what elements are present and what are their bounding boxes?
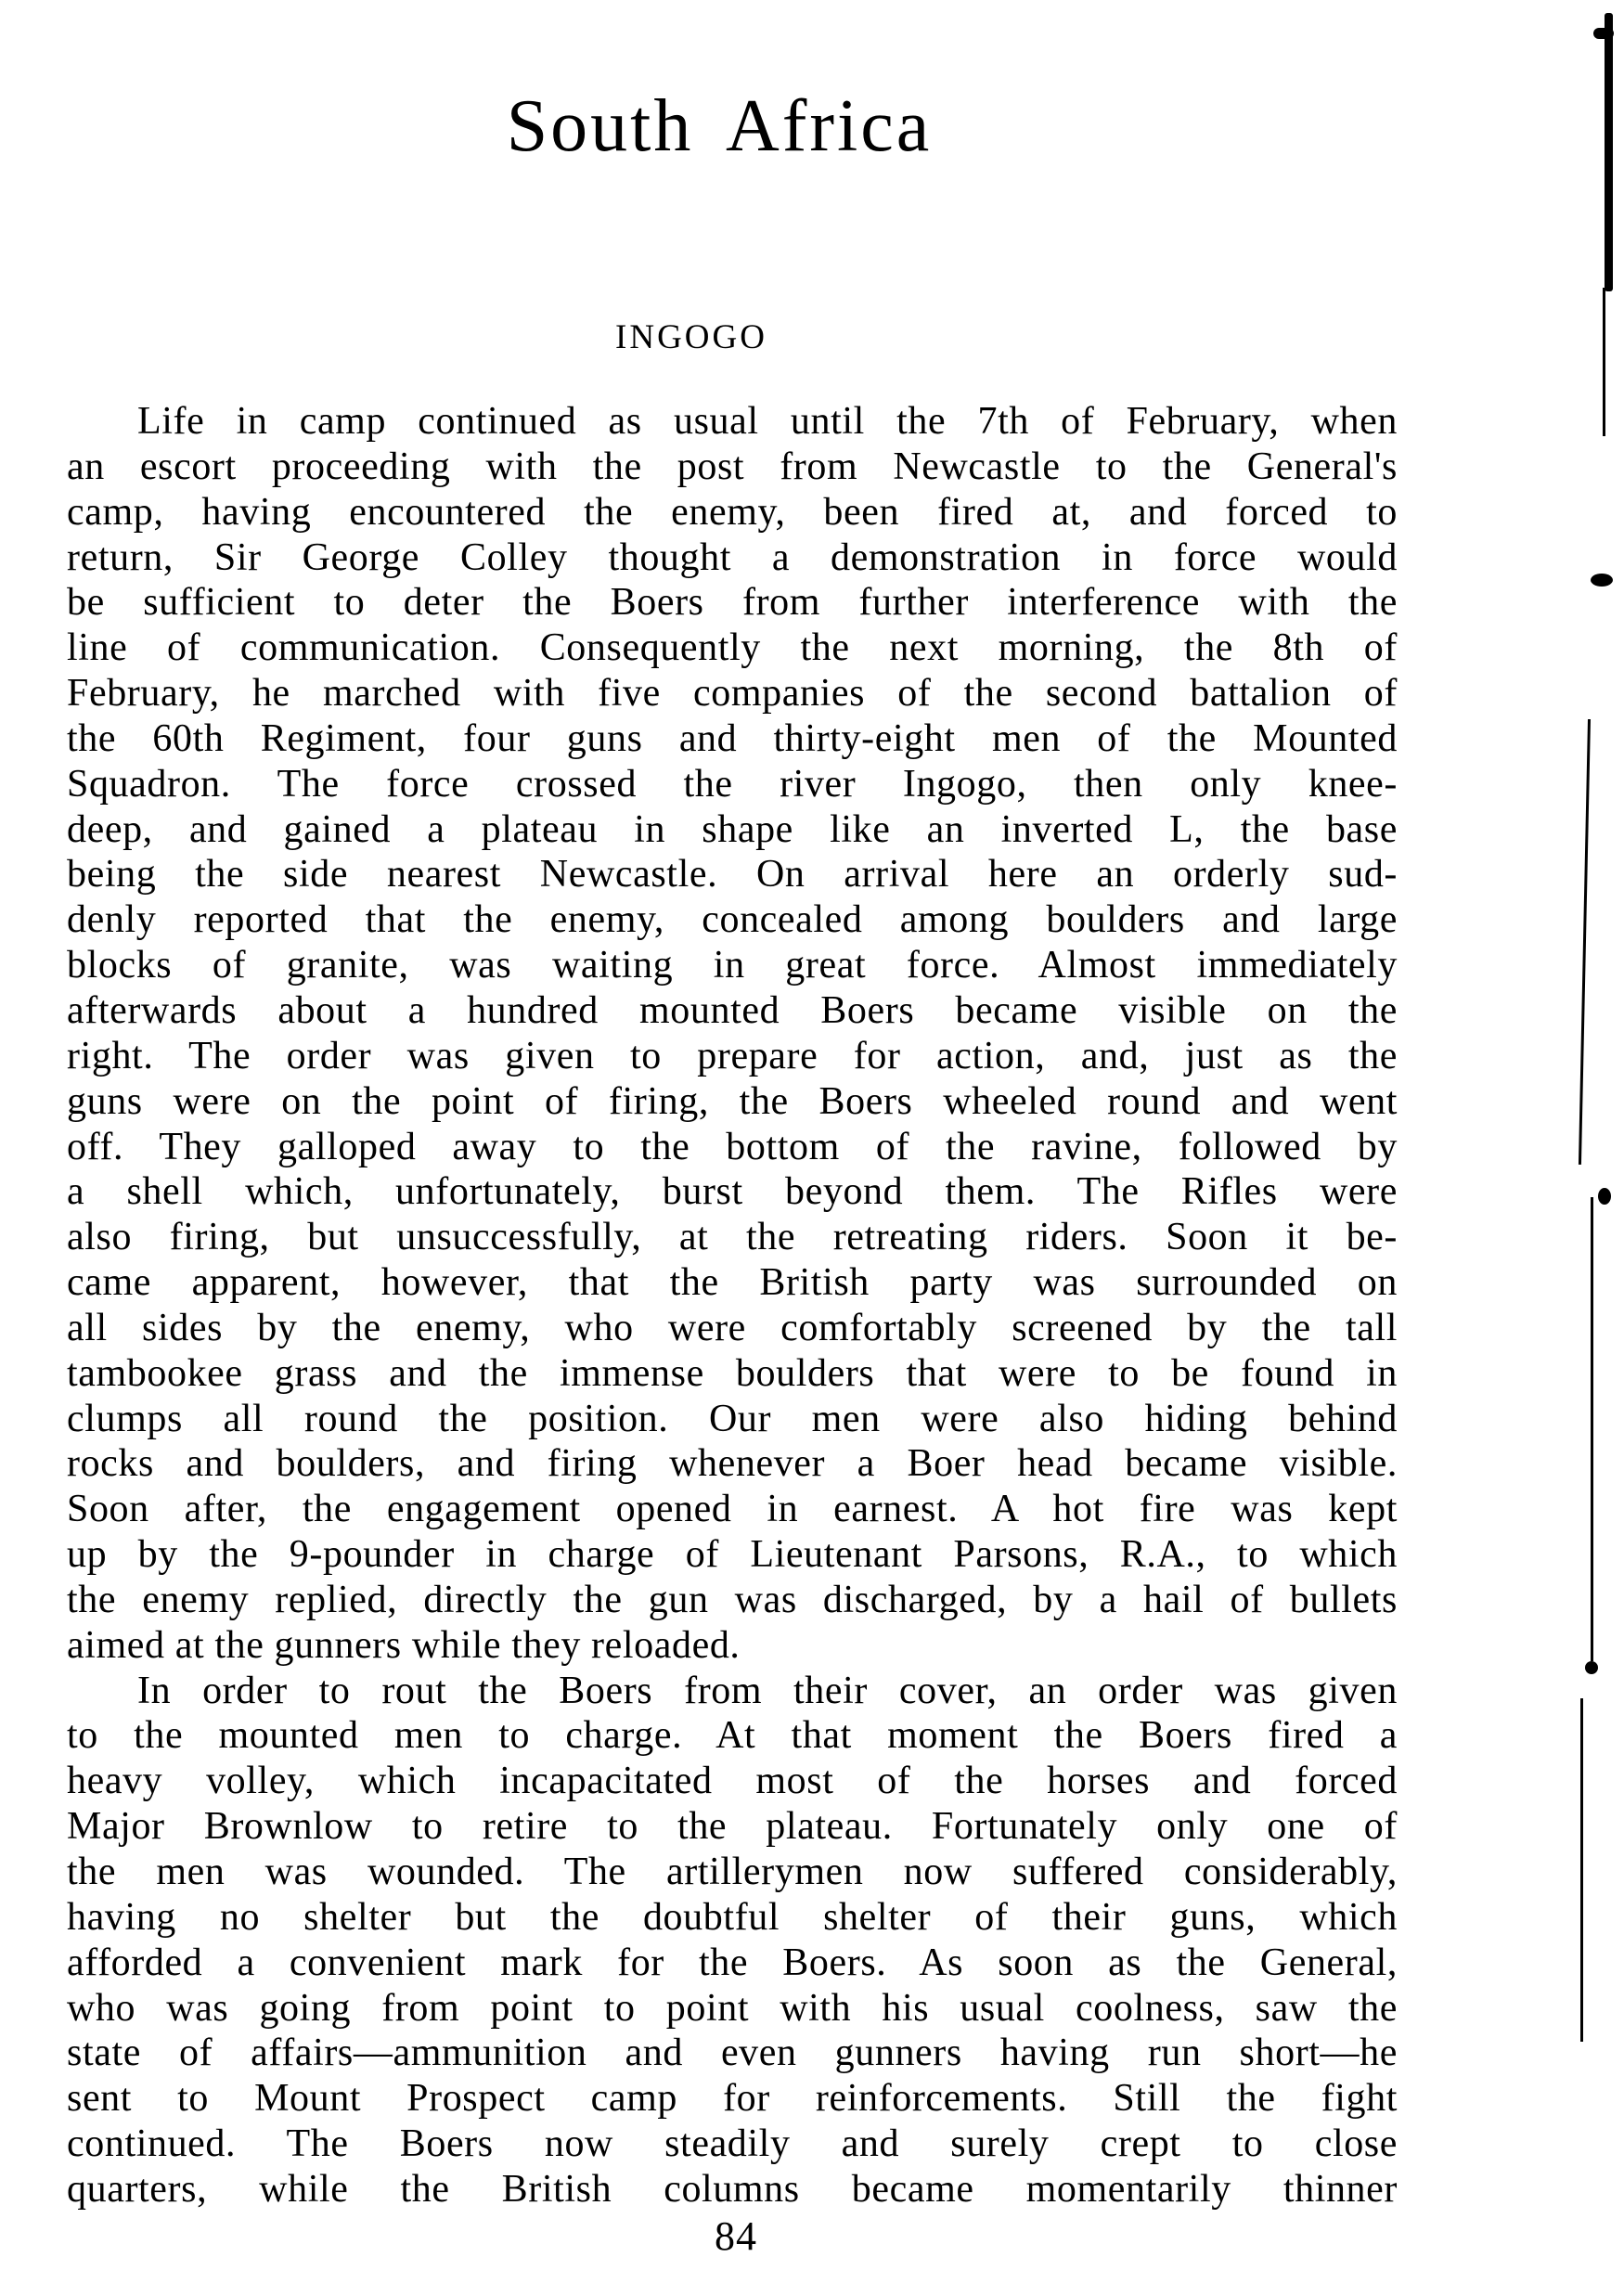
body-text: Life in camp continued as usual until th… — [67, 399, 1398, 2212]
text-line: return, Sir George Colley thought a demo… — [67, 535, 1398, 581]
text-line: tambookee grass and the immense boulders… — [67, 1351, 1398, 1397]
text-line: being the side nearest Newcastle. On arr… — [67, 852, 1398, 897]
text-line: aimed at the gunners while they reloaded… — [67, 1623, 1398, 1669]
text-line: the men was wounded. The artillerymen no… — [67, 1850, 1398, 1895]
text-line: a shell which, unfortunately, burst beyo… — [67, 1169, 1398, 1215]
text-line: came apparent, however, that the British… — [67, 1260, 1398, 1306]
text-line: state of affairs—ammunition and even gun… — [67, 2031, 1398, 2076]
text-line: Squadron. The force crossed the river In… — [67, 762, 1398, 807]
text-line: quarters, while the British columns beca… — [67, 2167, 1398, 2212]
scan-blot — [1585, 1661, 1598, 1674]
text-line: denly reported that the enemy, concealed… — [67, 897, 1398, 943]
scan-blot — [1598, 1188, 1611, 1205]
text-line: also firing, but unsuccessfully, at the … — [67, 1215, 1398, 1260]
binding-edge-line — [1579, 719, 1591, 1165]
text-line: sent to Mount Prospect camp for reinforc… — [67, 2076, 1398, 2122]
text-line: guns were on the point of firing, the Bo… — [67, 1079, 1398, 1125]
text-line: Life in camp continued as usual until th… — [67, 399, 1398, 445]
text-line: February, he marched with five companies… — [67, 671, 1398, 716]
section-heading: INGOGO — [0, 319, 1383, 356]
text-line: camp, having encountered the enemy, been… — [67, 490, 1398, 535]
text-line: up by the 9-pounder in charge of Lieuten… — [67, 1532, 1398, 1578]
binding-edge-mark — [1605, 13, 1613, 291]
text-line: heavy volley, which incapacitated most o… — [67, 1759, 1398, 1804]
text-line: clumps all round the position. Our men w… — [67, 1397, 1398, 1442]
text-line: afforded a convenient mark for the Boers… — [67, 1941, 1398, 1986]
text-line: the enemy replied, directly the gun was … — [67, 1578, 1398, 1623]
text-line: off. They galloped away to the bottom of… — [67, 1125, 1398, 1170]
text-line: continued. The Boers now steadily and su… — [67, 2122, 1398, 2167]
binding-edge-mark — [1593, 28, 1614, 39]
binding-edge-line — [1603, 288, 1605, 436]
binding-edge-line — [1580, 1698, 1583, 2042]
text-line: right. The order was given to prepare fo… — [67, 1034, 1398, 1079]
text-line: all sides by the enemy, who were comfort… — [67, 1306, 1398, 1351]
text-line: Soon after, the engagement opened in ear… — [67, 1487, 1398, 1532]
text-line: be sufficient to deter the Boers from fu… — [67, 580, 1398, 626]
scan-blot — [1591, 574, 1613, 587]
page-title: South Africa — [0, 89, 1438, 163]
binding-edge-line — [1591, 1197, 1593, 1661]
text-line: Major Brownlow to retire to the plateau.… — [67, 1804, 1398, 1850]
page-number: 84 — [715, 2216, 757, 2257]
text-line: who was going from point to point with h… — [67, 1986, 1398, 2031]
text-line: In order to rout the Boers from their co… — [67, 1669, 1398, 1714]
text-line: afterwards about a hundred mounted Boers… — [67, 988, 1398, 1034]
text-line: line of communication. Consequently the … — [67, 626, 1398, 671]
text-line: deep, and gained a plateau in shape like… — [67, 807, 1398, 853]
text-line: an escort proceeding with the post from … — [67, 445, 1398, 490]
text-line: having no shelter but the doubtful shelt… — [67, 1895, 1398, 1941]
text-line: to the mounted men to charge. At that mo… — [67, 1713, 1398, 1759]
text-line: blocks of granite, was waiting in great … — [67, 943, 1398, 988]
text-line: the 60th Regiment, four guns and thirty-… — [67, 716, 1398, 762]
text-line: rocks and boulders, and firing whenever … — [67, 1441, 1398, 1487]
